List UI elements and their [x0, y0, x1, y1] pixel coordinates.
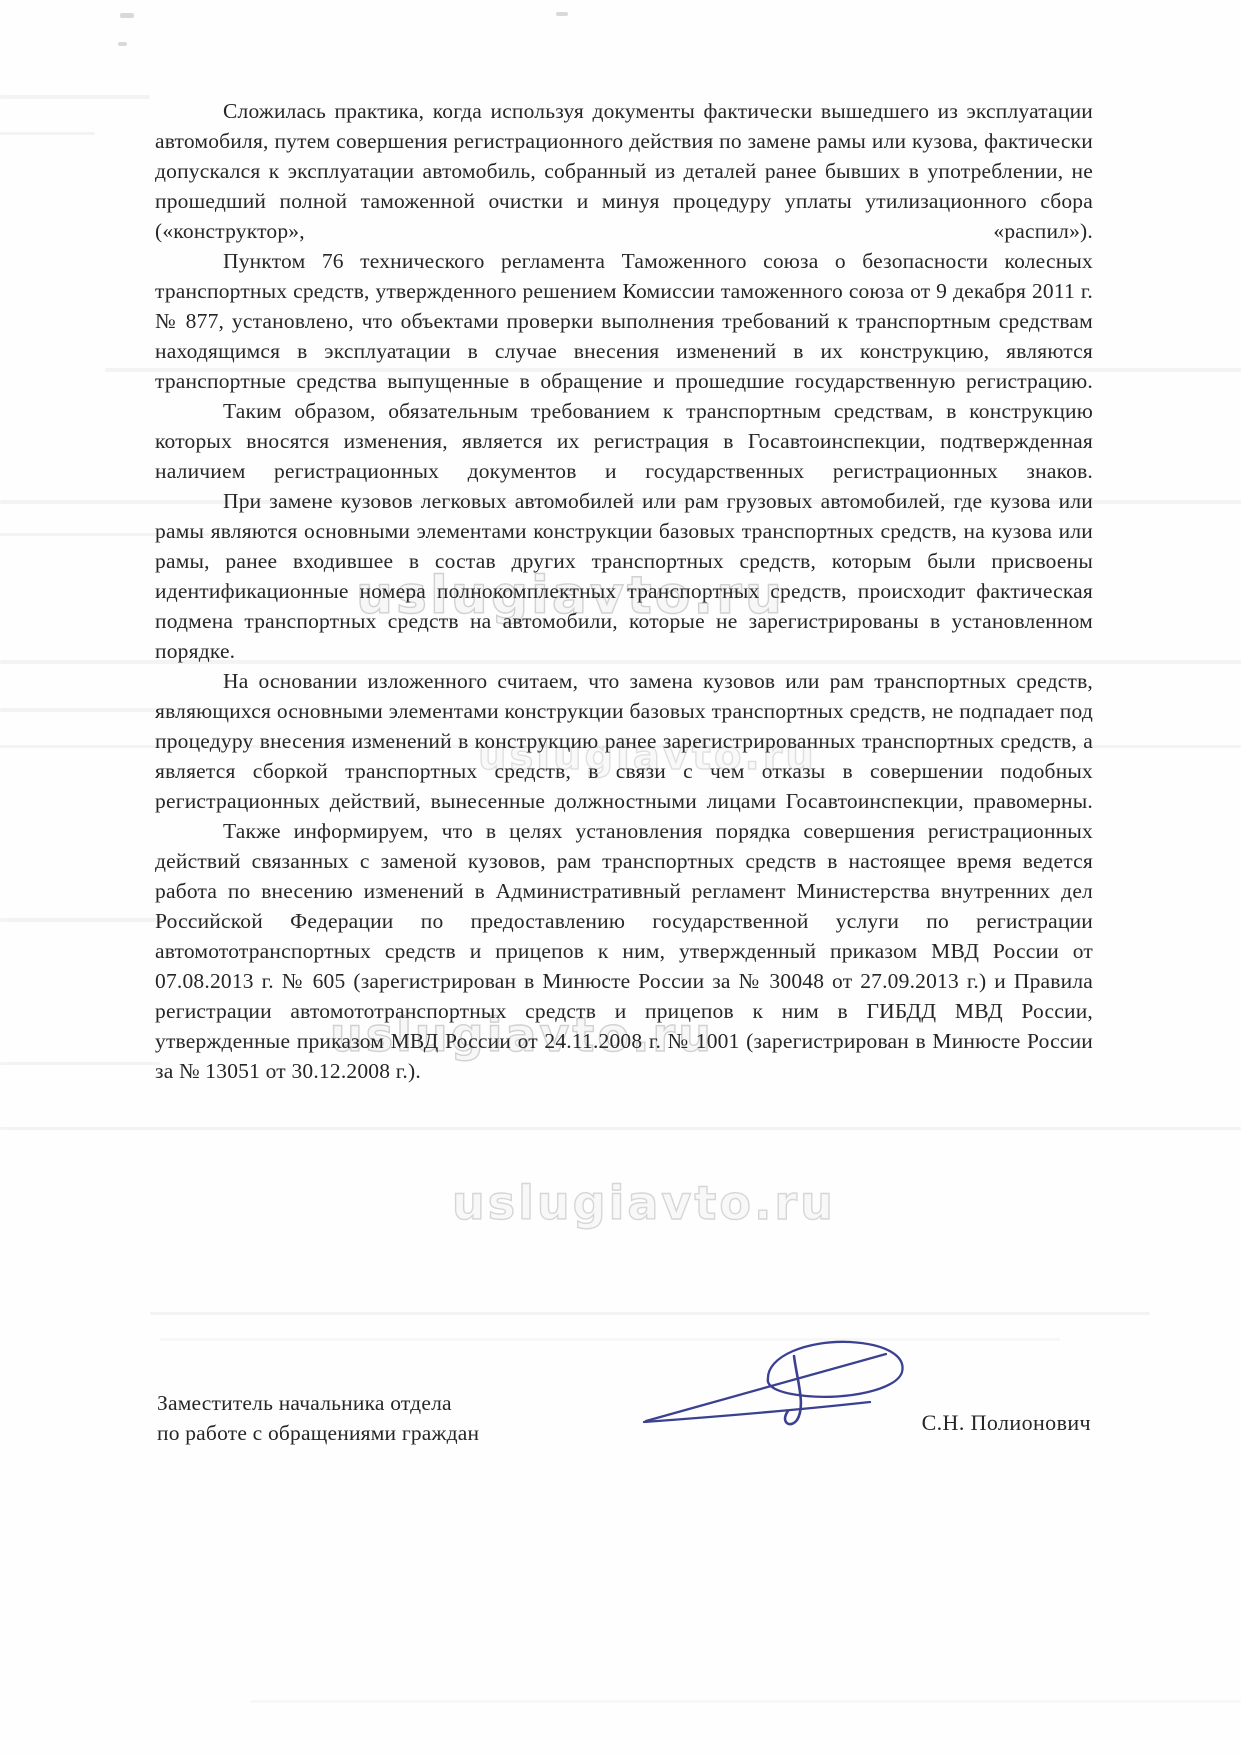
- paragraph-also-inform: Также информируем, что в целях установле…: [155, 816, 1093, 1086]
- signer-position: Заместитель начальника отдела по работе …: [157, 1388, 479, 1448]
- scan-speck: [556, 12, 568, 16]
- scan-streak: [0, 95, 150, 99]
- scan-streak: [250, 1700, 1241, 1703]
- watermark-uslugiavto: uslugiavto.ru: [452, 1176, 836, 1230]
- scan-speck: [118, 42, 127, 46]
- scan-streak: [150, 1312, 1150, 1315]
- scan-streak: [0, 1127, 1241, 1130]
- scan-streak: [160, 1338, 1060, 1341]
- scanned-letter-page: uslugiavto.ru uslugiavto.ru uslugiavto.r…: [0, 0, 1241, 1755]
- paragraph-registration-requirement: Таким образом, обязательным требованием …: [155, 396, 1093, 486]
- paragraph-conclusion: На основании изложенного считаем, что за…: [155, 666, 1093, 816]
- handwritten-signature: [618, 1328, 918, 1443]
- paragraph-practice: Сложилась практика, когда используя доку…: [155, 96, 1093, 246]
- signer-name: С.Н. Полионович: [922, 1410, 1091, 1436]
- scan-streak: [0, 1062, 160, 1065]
- letter-body: Сложилась практика, когда используя доку…: [155, 96, 1093, 1086]
- scan-streak: [0, 708, 160, 712]
- paragraph-body-frame-replacement: При замене кузовов легковых автомобилей …: [155, 486, 1093, 666]
- paragraph-tech-regulation: Пунктом 76 технического регламента Тамож…: [155, 246, 1093, 396]
- scan-speck: [120, 13, 134, 18]
- signer-position-line2: по работе с обращениями граждан: [157, 1418, 479, 1448]
- signer-position-line1: Заместитель начальника отдела: [157, 1388, 479, 1418]
- scan-streak: [0, 132, 95, 135]
